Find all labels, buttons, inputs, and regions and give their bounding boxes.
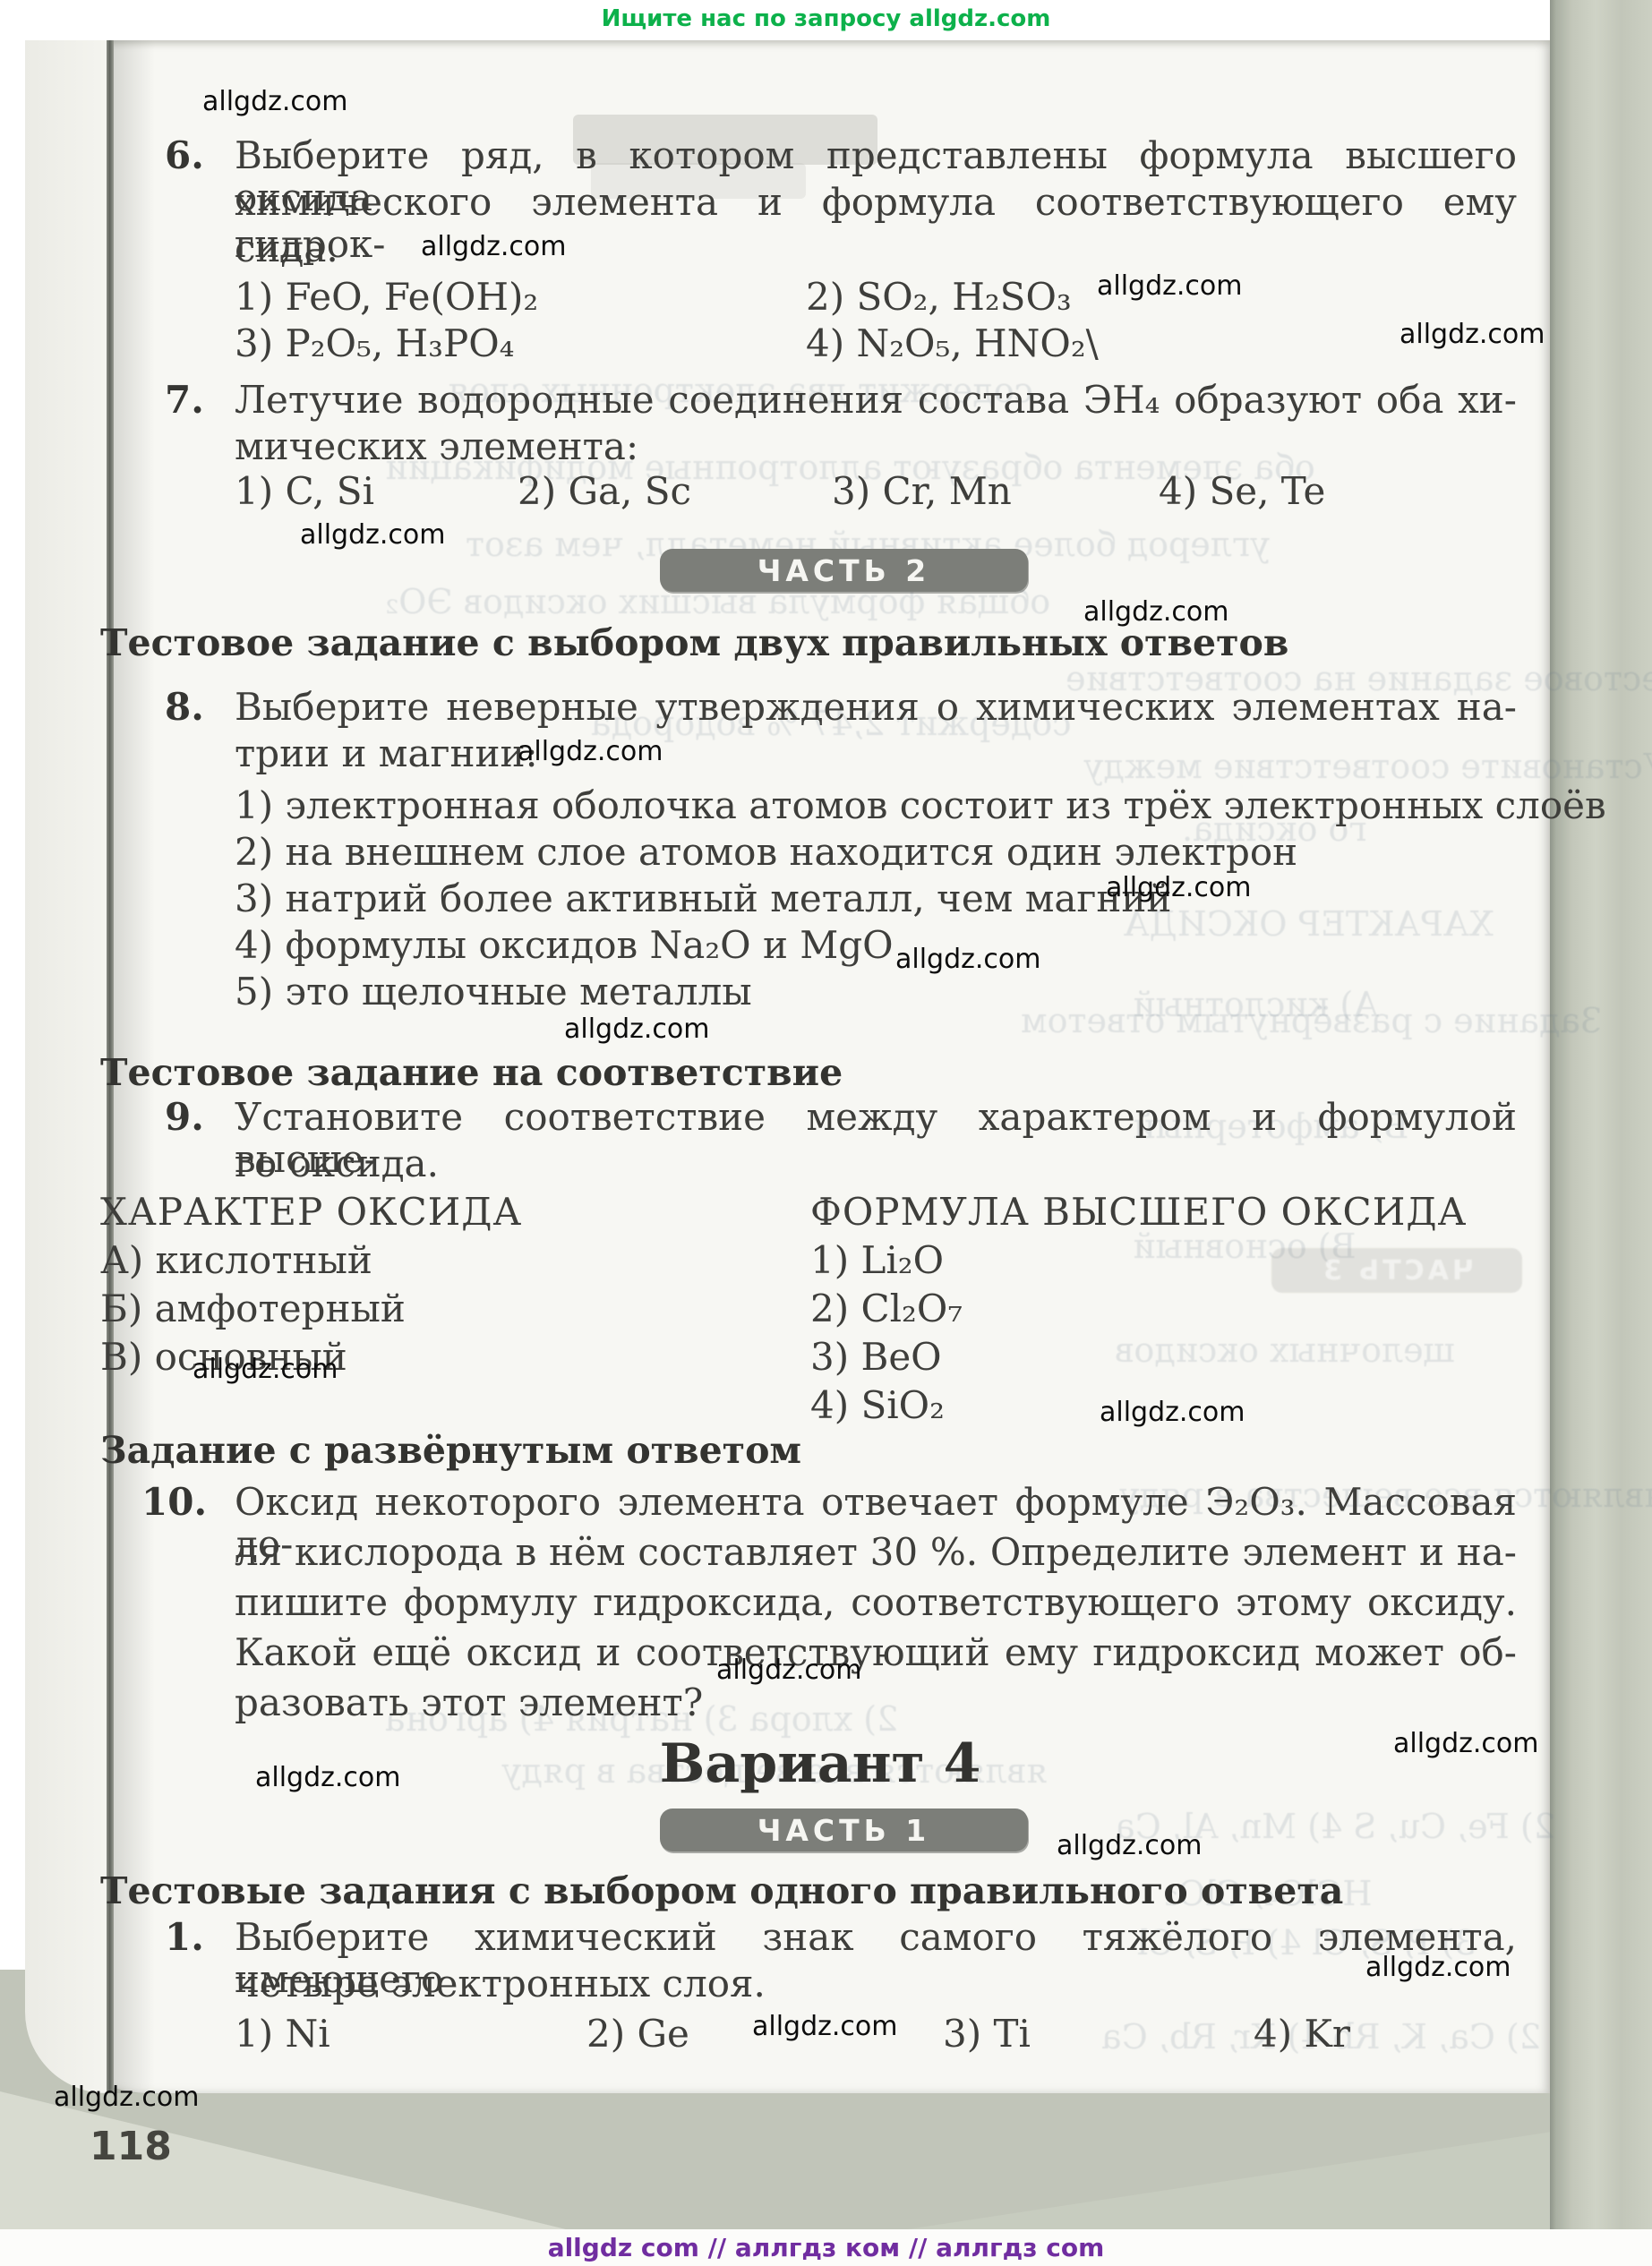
q9-column-header-right: ФОРМУЛА ВЫСШЕГО ОКСИДА: [810, 1191, 1467, 1233]
bleedthrough-part-banner: ЧАСТЬ 3: [1271, 1248, 1522, 1293]
question-8-line: Выберите неверные утверждения о химическ…: [235, 686, 1517, 728]
bleedthrough-text: ХАРАКТЕР ОКСИДА: [1124, 904, 1494, 944]
bleedthrough-text: щелочных оксидов: [1115, 1330, 1455, 1370]
question-6-option-2: 2) SO₂, H₂SO₃: [806, 276, 1072, 318]
watermark: allgdz.com: [300, 519, 446, 551]
q9-right-item-3: 3) BeO: [810, 1336, 942, 1378]
question-8-option-5: 5) это щелочные металлы: [235, 971, 752, 1013]
q9-left-item-b: Б) амфотерный: [100, 1287, 406, 1330]
watermark: allgdz.com: [1083, 596, 1229, 628]
question-10-line: Оксид некоторого элемента отвечает форму…: [235, 1481, 1517, 1523]
bleedthrough-text: 9. Установите соответствие между: [1083, 747, 1652, 786]
question-9-number: 9.: [165, 1096, 204, 1138]
q9-left-item-a: А) кислотный: [100, 1239, 372, 1281]
q9-column-header-left: ХАРАКТЕР ОКСИДА: [100, 1191, 522, 1233]
book-spine-edge: [1550, 0, 1652, 2231]
question-8-option-3: 3) натрий более активный металл, чем маг…: [235, 877, 1171, 919]
question-1-option-3: 3) Ti: [943, 2013, 1031, 2055]
question-1-option-4: 4) Kr: [1254, 2013, 1350, 2055]
question-8-option-2: 2) на внешнем слое атомов находится один…: [235, 831, 1297, 873]
question-1-number: 1.: [165, 1916, 204, 1958]
page-gutter: [25, 40, 107, 2093]
part-1-banner: ЧАСТЬ 1: [660, 1809, 1028, 1851]
watermark: allgdz.com: [716, 1655, 862, 1686]
question-8-line: трии и магнии:: [235, 732, 538, 774]
watermark: allgdz.com: [895, 944, 1041, 975]
section-header-one-answer: Тестовые задания с выбором одного правил…: [100, 1869, 1343, 1912]
question-7-option-3: 3) Cr, Mn: [832, 470, 1012, 512]
question-7-option-1: 1) C, Si: [235, 470, 374, 512]
watermark: allgdz.com: [1057, 1830, 1203, 1861]
q9-right-item-4: 4) SiO₂: [810, 1384, 945, 1426]
question-7-option-2: 2) Ga, Sc: [518, 470, 691, 512]
section-header-matching: Тестовое задание на соответствие: [100, 1051, 843, 1094]
question-1-option-1: 1) Ni: [235, 2013, 330, 2055]
question-6-line: Выберите ряд, в котором представлены фор…: [235, 134, 1517, 176]
watermark: allgdz.com: [1100, 1397, 1245, 1428]
watermark: allgdz.com: [421, 231, 567, 262]
site-promo-header: Ищите нас по запросу allgdz.com: [0, 5, 1652, 32]
watermark: allgdz.com: [1106, 872, 1252, 903]
question-7-line: мических элемента:: [235, 425, 638, 467]
question-6-option-3: 3) P₂O₅, H₃PO₄: [235, 322, 515, 364]
question-7-line: Летучие водородные соединения состава ЭН…: [235, 379, 1517, 421]
watermark: allgdz.com: [202, 86, 348, 117]
question-6-option-4: 4) N₂O₅, HNO₂\: [806, 322, 1099, 364]
question-6-line: сида.: [235, 227, 338, 269]
question-10-line: разовать этот элемент?: [235, 1681, 703, 1723]
q9-right-item-2: 2) Cl₂O₇: [810, 1287, 963, 1330]
question-7-option-4: 4) Se, Te: [1159, 470, 1325, 512]
watermark: allgdz.com: [193, 1354, 338, 1385]
question-6-number: 6.: [165, 134, 204, 176]
question-9-line: го оксида.: [235, 1142, 439, 1184]
question-7-number: 7.: [165, 379, 204, 421]
question-9-line: Установите соответствие между характером…: [235, 1096, 1517, 1138]
question-8-option-4: 4) формулы оксидов Na₂O и MgO: [235, 924, 894, 966]
watermark: allgdz.com: [54, 2082, 200, 2113]
section-header-extended: Задание с развёрнутым ответом: [100, 1429, 801, 1472]
question-10-line: Какой ещё оксид и соответствующий ему ги…: [235, 1631, 1517, 1673]
watermark: allgdz.com: [1399, 319, 1545, 350]
watermark: allgdz.com: [255, 1762, 401, 1793]
question-10-line: пишите формулу гидроксида, соответствующ…: [235, 1581, 1517, 1623]
scanned-textbook-page: Ищите нас по запросу allgdz.com содержит…: [0, 0, 1652, 2266]
question-6-option-1: 1) FeO, Fe(OH)₂: [235, 276, 538, 318]
watermark: allgdz.com: [1393, 1728, 1539, 1759]
question-1-line: четыре электронных слоя.: [235, 1962, 766, 2005]
part-2-banner: ЧАСТЬ 2: [660, 549, 1028, 592]
watermark: allgdz.com: [518, 736, 663, 767]
watermark: allgdz.com: [752, 2011, 898, 2042]
bleedthrough-text: Задание с развёрнутым ответом: [1021, 1001, 1602, 1040]
question-8-option-1: 1) электронная оболочка атомов состоит и…: [235, 784, 1606, 826]
watermark: allgdz.com: [1097, 270, 1243, 302]
site-footer: allgdz com // аллгдз ком // аллгдз com: [358, 2233, 1294, 2262]
question-10-line: ля кислорода в нём составляет 30 %. Опре…: [235, 1531, 1517, 1573]
question-8-number: 8.: [165, 686, 204, 728]
watermark: allgdz.com: [564, 1013, 710, 1045]
section-header-two-answers: Тестовое задание с выбором двух правильн…: [100, 621, 1288, 664]
question-6-line: химического элемента и формула соответст…: [235, 181, 1517, 223]
page-number: 118: [90, 2124, 172, 2169]
question-10-number: 10.: [141, 1481, 207, 1523]
watermark: allgdz.com: [1365, 1952, 1511, 1983]
question-1-option-2: 2) Ge: [586, 2013, 689, 2055]
q9-right-item-1: 1) Li₂O: [810, 1239, 944, 1281]
question-1-line: Выберите химический знак самого тяжёлого…: [235, 1916, 1517, 1958]
